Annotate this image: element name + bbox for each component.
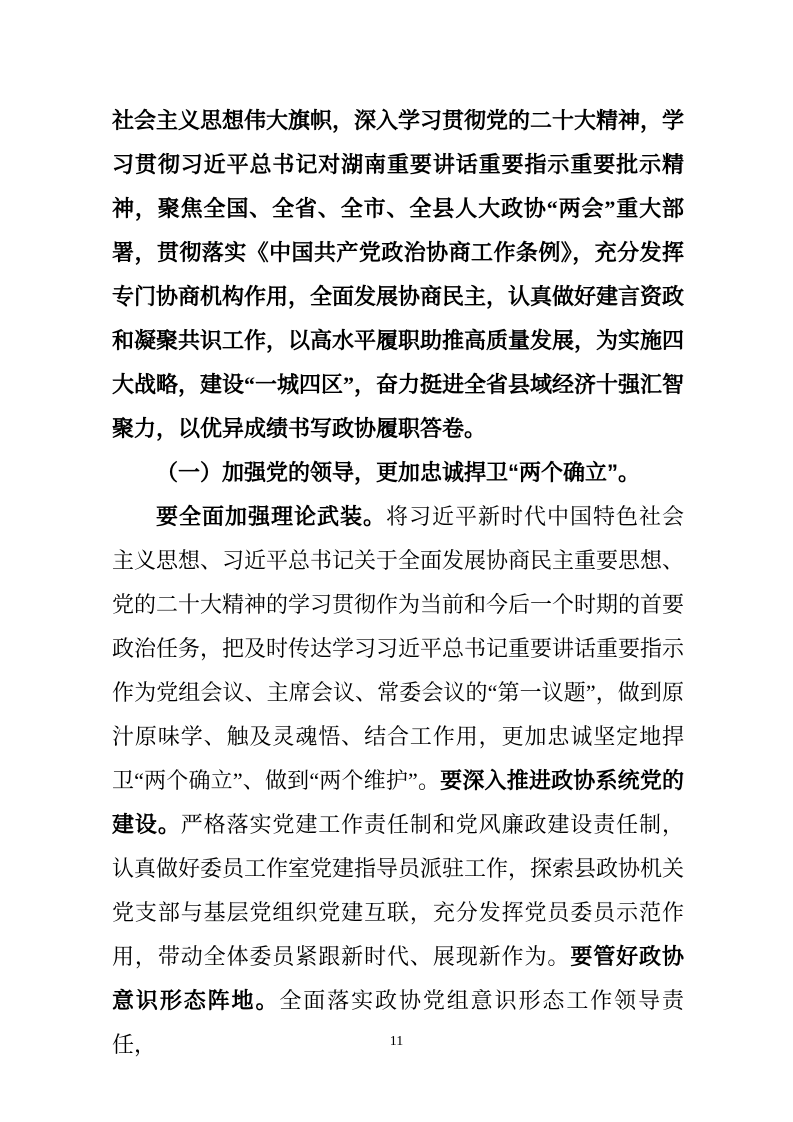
document-page: 社会主义思想伟大旗帜，深入学习贯彻党的二十大精神，学习贯彻习近平总书记对湖南重要… bbox=[0, 0, 793, 1122]
section-heading-1: （一）加强党的领导，更加忠诚捍卫“两个确立”。 bbox=[112, 451, 684, 495]
bold-lead-theory-arming: 要全面加强理论武装。 bbox=[156, 504, 386, 529]
paragraph-body: 要全面加强理论武装。将习近平新时代中国特色社会主义思想、习近平总书记关于全面发展… bbox=[112, 495, 684, 1067]
page-content: 社会主义思想伟大旗帜，深入学习贯彻党的二十大精神，学习贯彻习近平总书记对湖南重要… bbox=[112, 99, 684, 1067]
page-number: 11 bbox=[0, 1034, 793, 1050]
paragraph-overview: 社会主义思想伟大旗帜，深入学习贯彻党的二十大精神，学习贯彻习近平总书记对湖南重要… bbox=[112, 99, 684, 451]
body-text-theory-arming: 将习近平新时代中国特色社会主义思想、习近平总书记关于全面发展协商民主重要思想、党… bbox=[112, 504, 684, 793]
